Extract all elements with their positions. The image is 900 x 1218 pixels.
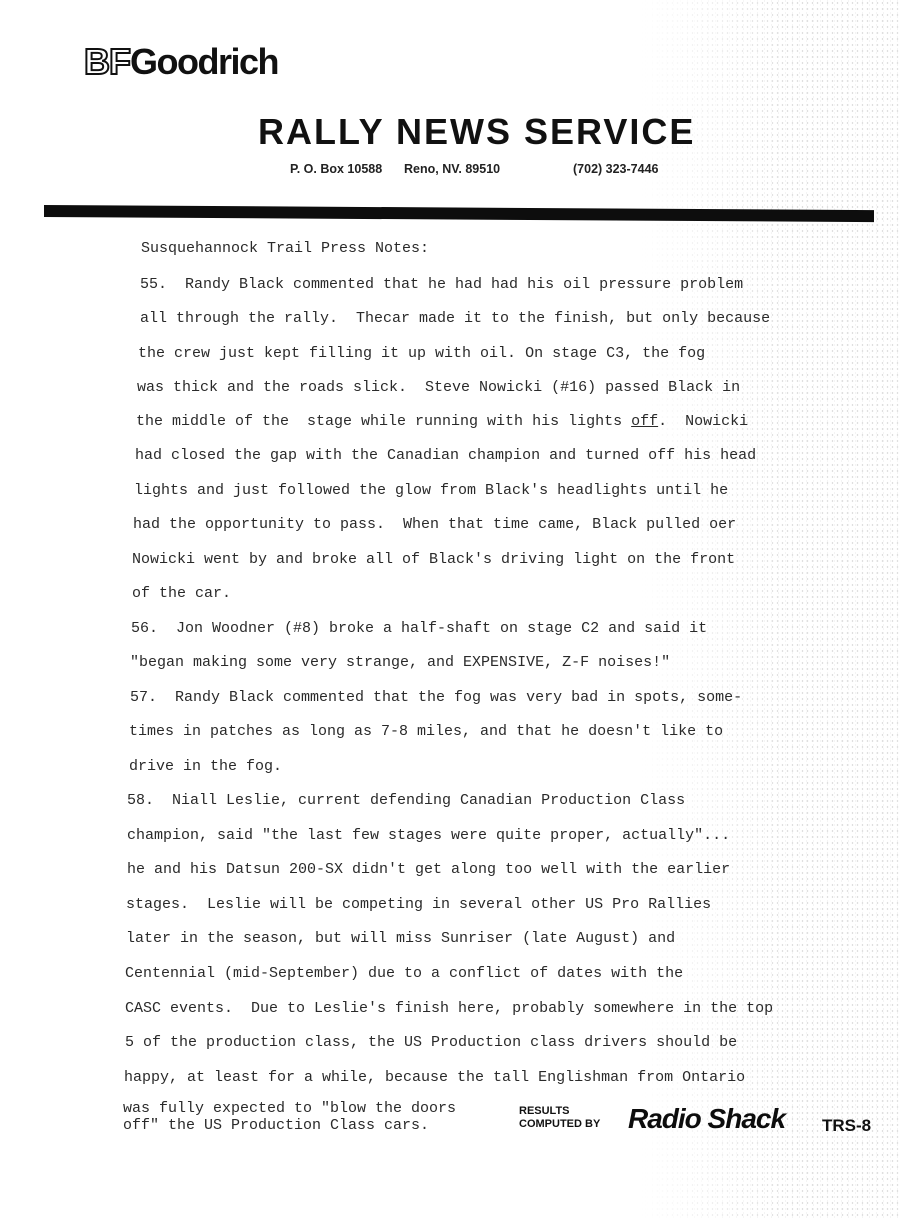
radio-shack-logo: Radio Shack xyxy=(628,1103,785,1135)
underlined-word: off xyxy=(631,413,658,430)
text-line: lights and just followed the glow from B… xyxy=(134,482,728,500)
text-line: all through the rally. Thecar made it to… xyxy=(140,310,770,328)
text-line: 58. Niall Leslie, current defending Cana… xyxy=(127,792,685,810)
text-line: Centennial (mid-September) due to a conf… xyxy=(125,965,683,983)
text-line: 56. Jon Woodner (#8) broke a half-shaft … xyxy=(131,620,707,638)
text-line: "began making some very strange, and EXP… xyxy=(130,654,670,672)
text-line: CASC events. Due to Leslie's finish here… xyxy=(125,1000,773,1018)
text-line: 57. Randy Black commented that the fog w… xyxy=(130,689,742,707)
text-line: drive in the fog. xyxy=(129,758,282,776)
results-computed-by: RESULTS COMPUTED BY xyxy=(519,1105,600,1131)
text-line: later in the season, but will miss Sunri… xyxy=(126,930,675,948)
document-page: BFGoodrich RALLY NEWS SERVICE P. O. Box … xyxy=(0,0,900,1218)
text-line: he and his Datsun 200-SX didn't get alon… xyxy=(127,861,730,879)
text-line: happy, at least for a while, because the… xyxy=(124,1069,745,1087)
results-label: RESULTS xyxy=(519,1105,600,1118)
text-line: had the opportunity to pass. When that t… xyxy=(133,516,736,534)
logo-prefix: BF xyxy=(84,41,130,82)
logo-main: Goodrich xyxy=(130,41,278,82)
text-line: was fully expected to "blow the doors xyxy=(123,1100,456,1118)
text-line: stages. Leslie will be competing in seve… xyxy=(126,896,711,914)
trs-model-label: TRS-8 xyxy=(822,1116,871,1136)
document-heading: Susquehannock Trail Press Notes: xyxy=(141,240,429,258)
po-box: P. O. Box 10588 xyxy=(290,162,382,176)
text-line: champion, said "the last few stages were… xyxy=(127,827,730,845)
text-line: times in patches as long as 7-8 miles, a… xyxy=(129,723,723,741)
text-line: Nowicki went by and broke all of Black's… xyxy=(132,551,735,569)
phone-number: (702) 323-7446 xyxy=(573,162,658,176)
text-line: had closed the gap with the Canadian cha… xyxy=(135,447,756,465)
header-divider xyxy=(44,205,874,222)
city-address: Reno, NV. 89510 xyxy=(404,162,500,176)
text-line: 55. Randy Black commented that he had ha… xyxy=(140,276,743,294)
bfgoodrich-logo: BFGoodrich xyxy=(84,42,278,82)
text-line: the middle of the stage while running wi… xyxy=(136,413,748,431)
text-line: 5 of the production class, the US Produc… xyxy=(125,1034,737,1052)
computed-by-label: COMPUTED BY xyxy=(519,1118,600,1131)
letterhead-title: RALLY NEWS SERVICE xyxy=(258,112,698,152)
text-line: the crew just kept filling it up with oi… xyxy=(138,345,705,363)
text-line: off" the US Production Class cars. xyxy=(123,1117,429,1135)
text-line: was thick and the roads slick. Steve Now… xyxy=(137,379,740,397)
text-line: of the car. xyxy=(132,585,231,603)
